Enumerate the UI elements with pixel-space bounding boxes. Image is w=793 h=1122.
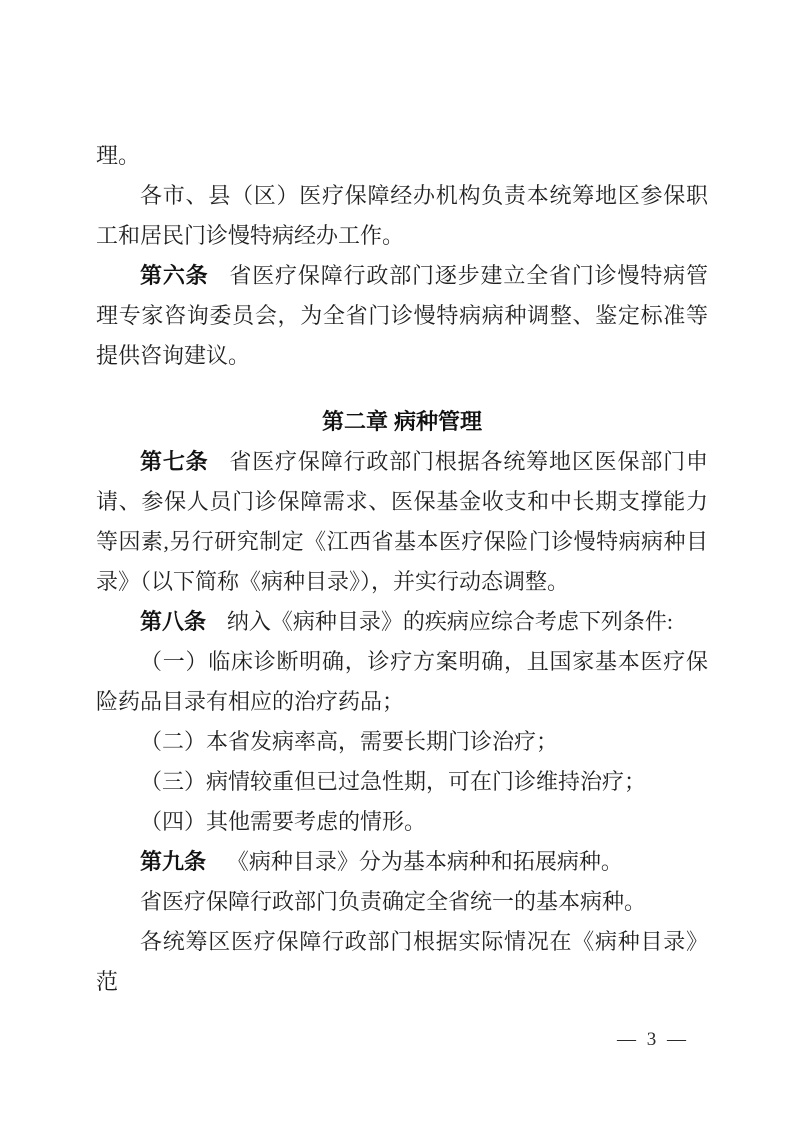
page-number: — 3 — [617, 1028, 689, 1052]
document-body: 理。 各市、县（区）医疗保障经办机构负责本统筹地区参保职工和居民门诊慢特病经办工… [96, 136, 708, 1002]
paragraph: 各统筹区医疗保障行政部门根据实际情况在《病种目录》范 [96, 922, 708, 1002]
article-8-number: 第八条 [140, 609, 206, 634]
paragraph: 各市、县（区）医疗保障经办机构负责本统筹地区参保职工和居民门诊慢特病经办工作。 [96, 176, 708, 256]
document-page: 理。 各市、县（区）医疗保障经办机构负责本统筹地区参保职工和居民门诊慢特病经办工… [0, 0, 793, 1122]
chapter-heading: 第二章 病种管理 [96, 402, 708, 442]
paragraph: 省医疗保障行政部门负责确定全省统一的基本病种。 [96, 882, 708, 922]
list-item-3: （三）病情较重但已过急性期，可在门诊维持治疗； [96, 762, 708, 802]
paragraph-continuation: 理。 [96, 136, 708, 176]
article-8-text: 纳入《病种目录》的疾病应综合考虑下列条件: [227, 609, 673, 634]
paragraph-article-9: 第九条《病种目录》分为基本病种和拓展病种。 [96, 842, 708, 882]
article-9-text: 《病种目录》分为基本病种和拓展病种。 [227, 849, 623, 874]
paragraph-article-7: 第七条省医疗保障行政部门根据各统筹地区医保部门申请、参保人员门诊保障需求、医保基… [96, 442, 708, 602]
list-item-2: （二）本省发病率高，需要长期门诊治疗； [96, 722, 708, 762]
article-9-number: 第九条 [140, 849, 206, 874]
paragraph-article-6: 第六条省医疗保障行政部门逐步建立全省门诊慢特病管理专家咨询委员会，为全省门诊慢特… [96, 256, 708, 376]
list-item-1: （一）临床诊断明确，诊疗方案明确，且国家基本医疗保险药品目录有相应的治疗药品； [96, 642, 708, 722]
article-6-number: 第六条 [140, 263, 209, 288]
paragraph-article-8: 第八条纳入《病种目录》的疾病应综合考虑下列条件: [96, 602, 708, 642]
article-7-number: 第七条 [140, 449, 209, 474]
list-item-4: （四）其他需要考虑的情形。 [96, 802, 708, 842]
